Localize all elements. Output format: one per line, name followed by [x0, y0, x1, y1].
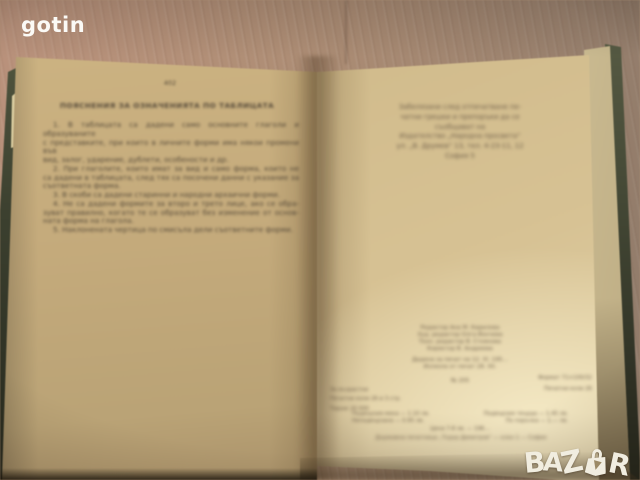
imprint-left-column: За възрастни Печатни коли 26 и 3 стр. Ти…: [330, 386, 452, 414]
text-line: Печатни коли 26: [500, 384, 592, 395]
logo-letter: Z: [559, 446, 587, 480]
photo-open-book-listing: 402 ПОЯСНЕНИЯ ЗА ОЗНАЧЕНИЯТА ПО ТАБЛИЦАТ…: [0, 0, 640, 480]
photo-layers: 402 ПОЯСНЕНИЯ ЗА ОЗНАЧЕНИЯТА ПО ТАБЛИЦАТ…: [0, 0, 640, 480]
publisher-notice-block: Забелязани след отпечатване пе- чатни гр…: [355, 103, 565, 162]
text-line: Неподвързана — 0.95 лв.: [352, 418, 424, 425]
price-row: Неподвързана — 0.95 лв. По поръчка — 1.—…: [352, 418, 568, 425]
text-line: Излязла от печат 28. XII.: [378, 364, 542, 371]
imprint-right-column: Формат 71×100/32 Печатни коли 26: [500, 373, 592, 395]
text-line: По поръчка — 1.— лв.: [506, 418, 568, 425]
price-row: Подвързия мека — 1.10 лв. Подвързия твър…: [352, 411, 568, 418]
text-line: Худ. редактор Олга Йончева: [378, 332, 542, 339]
text-line: Дадена за печат на 12. XI. 195…: [378, 357, 542, 364]
text-line: Техн. редактор В. Стоянова: [378, 339, 542, 346]
text-line: София 5: [355, 152, 565, 162]
text-line: Издателство „Народна просвета“: [355, 132, 565, 142]
text-line: Подвързия твърда — 1.45 лв.: [484, 411, 568, 418]
book-gutter-shadow: [296, 56, 340, 480]
text-line: Печатни коли 26 и 3 стр.: [330, 395, 452, 404]
text-line: Формат 71×100/32: [500, 373, 592, 384]
text-line: Коректор В. Андреева: [378, 346, 542, 353]
paragraph-block: 1. В таблицата са дадени само основните …: [43, 121, 299, 235]
text-line: с представките, при които в личните форм…: [43, 139, 299, 157]
text-line: За възрастни: [330, 386, 452, 395]
text-line: 5. Наклонената чертица по смисъла дели с…: [43, 226, 299, 235]
shopping-bag-icon: [585, 449, 609, 477]
bazar-logo: B A Z R: [524, 427, 638, 477]
page-number: 402: [150, 79, 190, 87]
bottom-edge-shadow: [0, 468, 317, 480]
wood-plank-seam: [345, 0, 347, 64]
text-line: Забелязани след отпечатване пе-: [355, 103, 565, 113]
text-line: съобщават на: [355, 123, 565, 133]
seller-watermark: gotin: [21, 13, 85, 37]
text-line: чатни грешки и препоръки да се: [355, 113, 565, 123]
text-line: 1. В таблицата са дадени само основните …: [43, 121, 299, 139]
section-heading: ПОЯСНЕНИЯ ЗА ОЗНАЧЕНИЯТА ПО ТАБЛИЦАТА: [48, 101, 286, 110]
text-line: ул. „В. Друмев“ 13, тел. 4-23-11, 12: [355, 142, 565, 152]
logo-letter: R: [606, 449, 633, 480]
text-line: Подвързия мека — 1.10 лв.: [352, 411, 430, 418]
